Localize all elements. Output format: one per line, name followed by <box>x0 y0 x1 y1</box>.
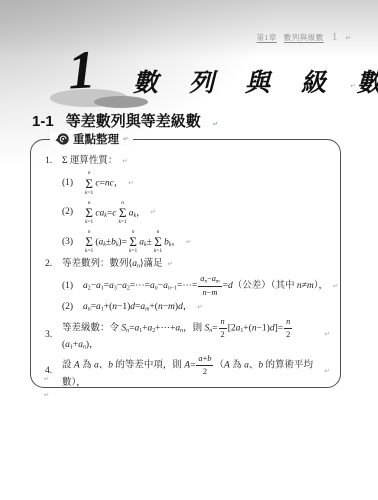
summation: nΣk=1 <box>85 200 93 226</box>
item-text: 等差數列：數列⟨an⟩滿足 <box>62 258 163 271</box>
fraction-numerator: n <box>284 317 292 329</box>
list-item: 4.設 A 為 a、b 的等差中項，則 A=a+b2（A 為 a、b 的算術平均… <box>45 354 330 389</box>
section-heading: 1-1 等差數列與等差級數 ↵ <box>32 110 218 131</box>
fraction: n2 <box>219 317 227 339</box>
fraction-numerator: an−am <box>198 274 221 287</box>
list-item: 1.Σ 運算性質：↵ <box>45 155 330 167</box>
section-title: 等差數列與等差級數 <box>66 110 201 131</box>
key-points-list: 1.Σ 運算性質：↵(1)nΣk=1c=nc，↵(2)nΣk=1cak=cnΣk… <box>31 140 340 387</box>
textbook-page: 第1章 數列與級數 1 ↵ 1 數 列 與 級 數 ↵ 1-1 等差數列與等差級… <box>0 0 378 500</box>
chapter-banner: 1 數 列 與 級 數 ↵ <box>38 56 356 110</box>
sigma-symbol: Σ <box>129 235 137 248</box>
subitem-formula: nΣk=1(ak±bk)=nΣk=1ak±nΣk=1bk， <box>83 229 181 255</box>
subitem-number: (1) <box>62 177 78 189</box>
chapter-title: 數 列 與 級 數 <box>133 63 378 99</box>
sum-lower-limit: k=1 <box>85 190 93 197</box>
summation: nΣk=1 <box>154 229 162 255</box>
subitem-formula: nΣk=1c=nc， <box>83 170 123 196</box>
item-text: Σ 運算性質： <box>62 155 117 167</box>
item-number: 1. <box>45 155 57 167</box>
return-mark: ↵ <box>351 82 356 90</box>
list-subitem: (3)nΣk=1(ak±bk)=nΣk=1ak±nΣk=1bk，↵ <box>62 229 330 255</box>
list-subitem: (2)nΣk=1cak=cnΣk=1ak，↵ <box>62 200 330 226</box>
fraction-denominator: 2 <box>221 329 225 340</box>
subitem-number: (2) <box>62 206 78 218</box>
sigma-symbol: Σ <box>154 235 162 248</box>
sum-lower-limit: k=1 <box>154 248 162 255</box>
chapter-label: 第1章 <box>257 32 277 43</box>
return-mark: ↵ <box>44 375 49 383</box>
summation: nΣk=1 <box>129 229 137 255</box>
sum-lower-limit: k=1 <box>85 219 93 226</box>
section-number: 1-1 <box>32 113 54 130</box>
subitem-formula: a2−a1=a3−a2=⋯=an−an−1=⋯=an−amn−m=d（公差）（其… <box>83 274 328 298</box>
item-text: 等差級數：令 Sn=a1+a2+⋯+an，則 Sn=n2[2a1+(n−1)d]… <box>62 317 320 352</box>
subitem-formula: an=a1+(n−1)d=am+(n−m)d， <box>83 301 192 314</box>
fraction: a+b2 <box>196 354 213 376</box>
item-number: 2. <box>45 258 57 270</box>
return-mark: ↵ <box>168 260 173 268</box>
return-mark: ↵ <box>333 282 338 290</box>
return-mark: ↵ <box>213 120 218 128</box>
return-mark: ↵ <box>186 238 191 246</box>
list-subitem: (1)nΣk=1c=nc，↵ <box>62 170 330 196</box>
fraction: n2 <box>284 317 292 339</box>
list-subitem: (2)an=a1+(n−1)d=am+(n−m)d，↵ <box>62 301 330 314</box>
item-number: 3. <box>45 329 57 341</box>
sigma-symbol: Σ <box>85 177 93 190</box>
return-mark: ↵ <box>197 303 202 311</box>
subitem-number: (2) <box>62 301 78 313</box>
fraction-denominator: n−m <box>203 287 218 298</box>
chapter-title-small: 數列與級數 <box>284 32 324 43</box>
sigma-symbol: Σ <box>85 206 93 219</box>
fraction: an−amn−m <box>198 274 221 298</box>
sum-lower-limit: k=1 <box>118 219 126 226</box>
return-mark: ↵ <box>325 330 330 338</box>
fraction-numerator: a+b <box>196 354 213 366</box>
return-mark: ↵ <box>128 179 133 187</box>
subitem-number: (3) <box>62 236 78 248</box>
return-mark: ↵ <box>122 157 127 165</box>
subitem-formula: nΣk=1cak=cnΣk=1ak， <box>83 200 146 226</box>
list-item: 3.等差級數：令 Sn=a1+a2+⋯+an，則 Sn=n2[2a1+(n−1)… <box>45 317 330 352</box>
sum-lower-limit: k=1 <box>129 248 137 255</box>
item-text: 設 A 為 a、b 的等差中項，則 A=a+b2（A 為 a、b 的算術平均數）… <box>62 354 320 389</box>
running-header-text: 第1章 數列與級數 <box>257 32 324 43</box>
key-points-box: 重點整理 ↵ 1.Σ 運算性質：↵(1)nΣk=1c=nc，↵(2)nΣk=1c… <box>30 139 341 388</box>
return-mark: ↵ <box>44 391 49 399</box>
page-number: 1 <box>332 31 338 43</box>
sum-lower-limit: k=1 <box>85 248 93 255</box>
sigma-symbol: Σ <box>85 235 93 248</box>
return-mark: ↵ <box>325 367 330 375</box>
return-mark: ↵ <box>346 34 351 42</box>
fraction-numerator: n <box>219 317 227 329</box>
fraction-denominator: 2 <box>286 329 290 340</box>
return-mark: ↵ <box>151 208 156 216</box>
summation: nΣk=1 <box>85 229 93 255</box>
subitem-number: (1) <box>62 280 78 292</box>
summation: nΣk=1 <box>85 170 93 196</box>
sigma-symbol: Σ <box>119 206 127 219</box>
fraction-denominator: 2 <box>203 366 207 377</box>
running-header: 第1章 數列與級數 1 ↵ <box>257 31 351 43</box>
chapter-number: 1 <box>67 42 97 97</box>
summation: nΣk=1 <box>118 200 126 226</box>
list-item: 2.等差數列：數列⟨an⟩滿足↵ <box>45 258 330 271</box>
list-subitem: (1)a2−a1=a3−a2=⋯=an−an−1=⋯=an−amn−m=d（公差… <box>62 274 330 298</box>
